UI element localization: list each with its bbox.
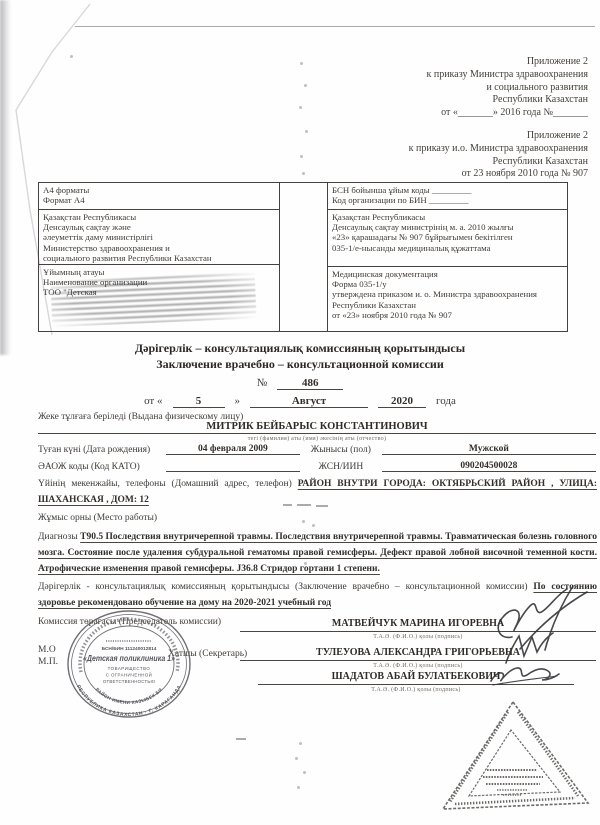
annex1-line: Республики Казахстан	[427, 94, 589, 107]
scan-speck	[304, 84, 307, 87]
cell-line: Формат А4	[43, 195, 275, 205]
annex1-line: и социального развития	[427, 82, 589, 95]
diagnosis-label: Диагнозы	[38, 532, 78, 542]
annex1-line: от «_______» 2016 года №_______	[427, 107, 589, 120]
round-clinic-stamp: РЕСПУБЛИКА КАЗАХСТАН · Г. КАРАГАНДА РАЙО…	[64, 608, 194, 720]
iin-value: 090204500028	[382, 461, 596, 472]
date-month-value: Август	[250, 395, 368, 408]
mp-label: М.П.	[38, 657, 58, 667]
scan-line-artifact	[75, 26, 595, 27]
info-table-left-column: А4 форматы Формат А4 Қазақстан Республик…	[38, 182, 280, 332]
scan-speck	[302, 520, 305, 523]
commission-member-2: ТУЛЕУОВА АЛЕКСАНДРА ГРИГОРЬЕВНА	[240, 641, 596, 661]
organization-stamp-smudge	[50, 272, 257, 328]
scan-speck	[300, 155, 303, 158]
document-number-line: № 486	[0, 377, 600, 390]
cell-line: Форма 035-1/у	[332, 279, 563, 289]
annex1-line: к приказу Министра здравоохранения	[427, 69, 589, 82]
document-title-kk: Дәрігерлік – консультациялық комиссияның…	[0, 341, 600, 356]
table-cell-format: А4 форматы Формат А4	[39, 183, 279, 210]
diagnosis-text: Т90.5 Последствия внутричерепной травмы.…	[38, 532, 597, 574]
sex-label: Жынысы (пол)	[300, 445, 382, 455]
date-quote: »	[235, 395, 241, 408]
info-table-right-column: БСН бойынша ұйым коды _________ Код орга…	[327, 182, 568, 332]
cell-line: Медицинская документация	[332, 269, 563, 279]
date-day-value: 5	[173, 395, 225, 408]
stamp-bin-text: БСН/БИН 111240012814	[102, 646, 157, 652]
stamp-district-text: РАЙОН ИМЕНИ КАЗЫБЕК БИ	[95, 687, 164, 705]
cell-line: социального развития Республики Казахста…	[43, 253, 275, 263]
stamp-llp-line: ОТВЕТСТВЕННОСТЬЮ	[103, 679, 156, 684]
cell-line: Қазақстан Республикасы	[332, 212, 563, 222]
date-prefix: от «	[144, 395, 162, 408]
sign-sublabel: Т.А.Ә. (Ф.И.О.) қолы (подпись)	[258, 687, 574, 693]
cell-line: Республики Казахстан	[332, 300, 563, 310]
birth-date-label: Туған күні (Дата рождения)	[38, 445, 166, 455]
table-cell-med-doc: Медицинская документация Форма 035-1/у у…	[328, 267, 567, 330]
birth-date-value: 04 февраля 2009	[166, 444, 300, 455]
table-cell-organization: Ұйымның атауы Наименование организации Т…	[39, 265, 279, 330]
conclusion-label: Дәрігерлік - консультациялық комиссияның…	[38, 582, 528, 592]
cell-line: от «23» ноября 2010 года № 907	[332, 310, 563, 320]
annex-block-1: Приложение 2 к приказу Министра здравоох…	[427, 56, 589, 120]
table-cell-bin: БСН бойынша ұйым коды _________ Код орга…	[328, 183, 567, 210]
document-number-value: 486	[277, 377, 343, 390]
annex2-line: к приказу и.о. Министра здравоохранения	[409, 143, 588, 156]
stamp-llp-line: С ОГРАНИЧЕННОЙ	[106, 673, 152, 678]
sex-value: Мужской	[382, 444, 596, 455]
birth-sex-row: Туған күні (Дата рождения) 04 февраля 20…	[38, 444, 596, 455]
sign-sublabel: Т.А.Ә. (Ф.И.О.) қолы (подпись)	[240, 634, 596, 640]
commission-member-3: ШАДАТОВ АБАЙ БУЛАТБЕКОВИЧ	[258, 665, 574, 685]
cell-line: Қазақстан Республикасы	[43, 212, 275, 222]
commission-member-1: МАТВЕЙЧУК МАРИНА ИГОРЕВНА	[240, 612, 596, 632]
cell-line: Код организации по БИН _________	[332, 195, 563, 205]
document-title-ru: Заключение врачебно – консультационной к…	[0, 357, 600, 372]
date-word: года	[436, 395, 456, 408]
document-date-line: от « 5 » Август 2020 года	[0, 395, 600, 408]
scan-speck	[299, 742, 302, 745]
iin-label: ЖСН/ИИН	[300, 462, 382, 472]
cell-line: «23» қарашадағы № 907 бұйрығымен бекітіл…	[332, 232, 563, 242]
cell-line: әлеуметтік даму министірлігі	[43, 232, 275, 242]
table-cell-ministry: Қазақстан Республикасы Денсаулық сақтау …	[39, 210, 279, 265]
kato-label: ӘАОЖ коды (Код КАТО)	[38, 462, 166, 472]
number-label: №	[257, 377, 268, 390]
scan-speck	[302, 172, 305, 175]
scan-speck	[236, 738, 246, 740]
annex2-line: от 23 ноября 2010 года № 907	[409, 168, 588, 181]
workplace-label: Жұмыс орны (Место работы)	[38, 513, 157, 523]
cell-line: Денсаулық сақтау министрінің м. а. 2010 …	[332, 222, 563, 232]
annex1-line: Приложение 2	[427, 56, 589, 69]
annex2-line: Приложение 2	[409, 130, 588, 143]
address-paragraph: Үйінің мекенжайы, телефоны (Домашний адр…	[38, 476, 597, 508]
table-cell-order-kk: Қазақстан Республикасы Денсаулық сақтау …	[328, 210, 567, 267]
annex-block-2: Приложение 2 к приказу и.о. Министра здр…	[409, 130, 588, 181]
scan-speck	[299, 106, 302, 109]
patient-name: МИТРИК БЕЙБАРЫС КОНСТАНТИНОВИЧ	[38, 421, 596, 434]
scan-speck	[303, 771, 306, 774]
scan-speck	[70, 55, 73, 58]
conclusion-paragraph: Дәрігерлік - консультациялық комиссияның…	[38, 579, 597, 611]
patient-name-sublabel: тегі (фамилия) аты (имя) әкесінің аты (о…	[38, 436, 596, 442]
annex2-line: Республики Казахстан	[409, 156, 588, 169]
scan-speck	[312, 524, 315, 527]
date-year-value: 2020	[378, 395, 426, 408]
stamp-clinic-name: «Детская поликлиника 1»	[83, 653, 175, 663]
cell-line: Министерство здравоохранения и	[43, 243, 275, 253]
diagnosis-paragraph: Диагнозы Т90.5 Последствия внутричерепно…	[38, 529, 597, 577]
svg-text:РАЙОН ИМЕНИ КАЗЫБЕК БИ: РАЙОН ИМЕНИ КАЗЫБЕК БИ	[95, 687, 164, 705]
cell-line: А4 форматы	[43, 185, 275, 195]
kato-value-empty	[166, 471, 300, 472]
address-label: Үйінің мекенжайы, телефоны (Домашний адр…	[38, 479, 292, 489]
cell-line: Денсаулық сақтау және	[43, 222, 275, 232]
scan-speck	[300, 62, 303, 65]
mo-label: М.О	[38, 645, 56, 655]
cell-line: БСН бойынша ұйым коды _________	[332, 185, 563, 195]
scan-speck	[295, 757, 298, 760]
triangle-stamp	[425, 696, 597, 820]
scan-speck	[305, 130, 308, 133]
kato-iin-row: ӘАОЖ коды (Код КАТО) ЖСН/ИИН 09020450002…	[38, 461, 596, 472]
cell-line: 035-1/е-нысанды медициналық құжаттама	[332, 243, 563, 253]
cell-line: утверждена приказом и. о. Министра здрав…	[332, 289, 563, 299]
scanned-document-page: Приложение 2 к приказу Министра здравоох…	[0, 0, 600, 825]
scan-speck	[297, 786, 300, 789]
stamp-llp-line: ТОВАРИЩЕСТВО	[108, 666, 151, 671]
info-table-spacer-column	[280, 182, 327, 332]
